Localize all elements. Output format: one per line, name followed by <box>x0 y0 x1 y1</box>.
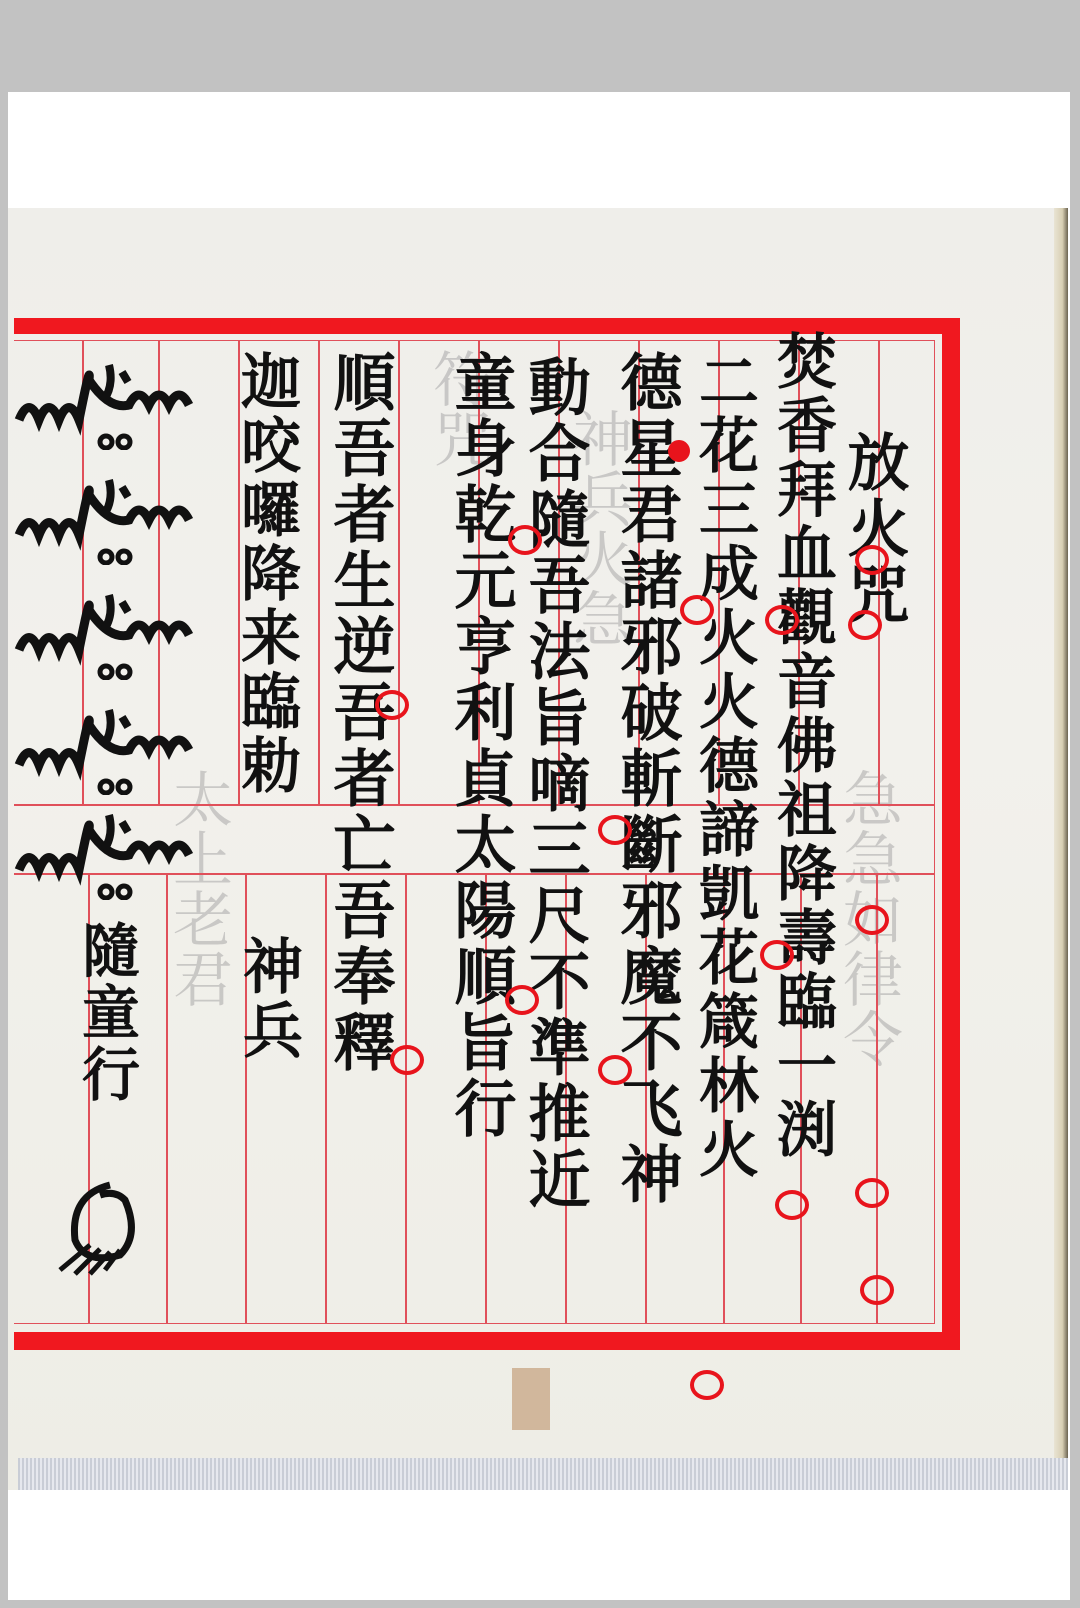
text-column: 迦咬囉降来臨勅 <box>232 350 300 798</box>
fire-talisman-icon <box>14 360 214 450</box>
title-column: 放火咒 <box>838 430 908 628</box>
red-punctuation-mark <box>505 985 539 1015</box>
red-punctuation-mark <box>855 545 889 575</box>
red-punctuation-mark <box>860 1275 894 1305</box>
paper-repair-patch <box>512 1368 550 1430</box>
underlying-page-strip <box>18 1458 1068 1490</box>
text-column: 隨童行 <box>62 920 150 1106</box>
red-punctuation-mark <box>668 440 690 462</box>
red-punctuation-mark <box>760 940 794 970</box>
fire-talisman-icon <box>14 475 214 565</box>
talisman-seal-icon <box>50 1170 160 1280</box>
red-punctuation-mark <box>855 1178 889 1208</box>
text-column: 神兵 <box>232 935 304 1063</box>
text-column: 童身乾元亨利貞太陽順旨行 <box>440 350 520 1142</box>
red-punctuation-mark <box>765 605 799 635</box>
red-punctuation-mark <box>690 1370 724 1400</box>
frame-right-band <box>942 318 960 1350</box>
red-punctuation-mark <box>390 1045 424 1075</box>
red-punctuation-mark <box>855 905 889 935</box>
frame-bottom-band <box>14 1332 960 1350</box>
fire-talisman-icon <box>14 810 214 900</box>
red-punctuation-mark <box>508 525 542 555</box>
red-punctuation-mark <box>680 595 714 625</box>
red-punctuation-mark <box>775 1190 809 1220</box>
text-column: 動合隨吾法旨嘀三尺不準推近 <box>518 355 590 1213</box>
fire-talisman-icon <box>14 590 214 680</box>
page-edge <box>1054 208 1068 1490</box>
fire-talisman-icon <box>14 705 214 795</box>
text-column: 焚香拜血觀音佛祖降壽臨一渕 <box>768 330 836 1162</box>
text-column: 二花三成火火德諦凱花箴林火 <box>690 350 758 1182</box>
red-punctuation-mark <box>598 815 632 845</box>
red-punctuation-mark <box>598 1055 632 1085</box>
red-punctuation-mark <box>848 610 882 640</box>
red-punctuation-mark <box>375 690 409 720</box>
talisman-glyph-stack <box>14 340 214 880</box>
